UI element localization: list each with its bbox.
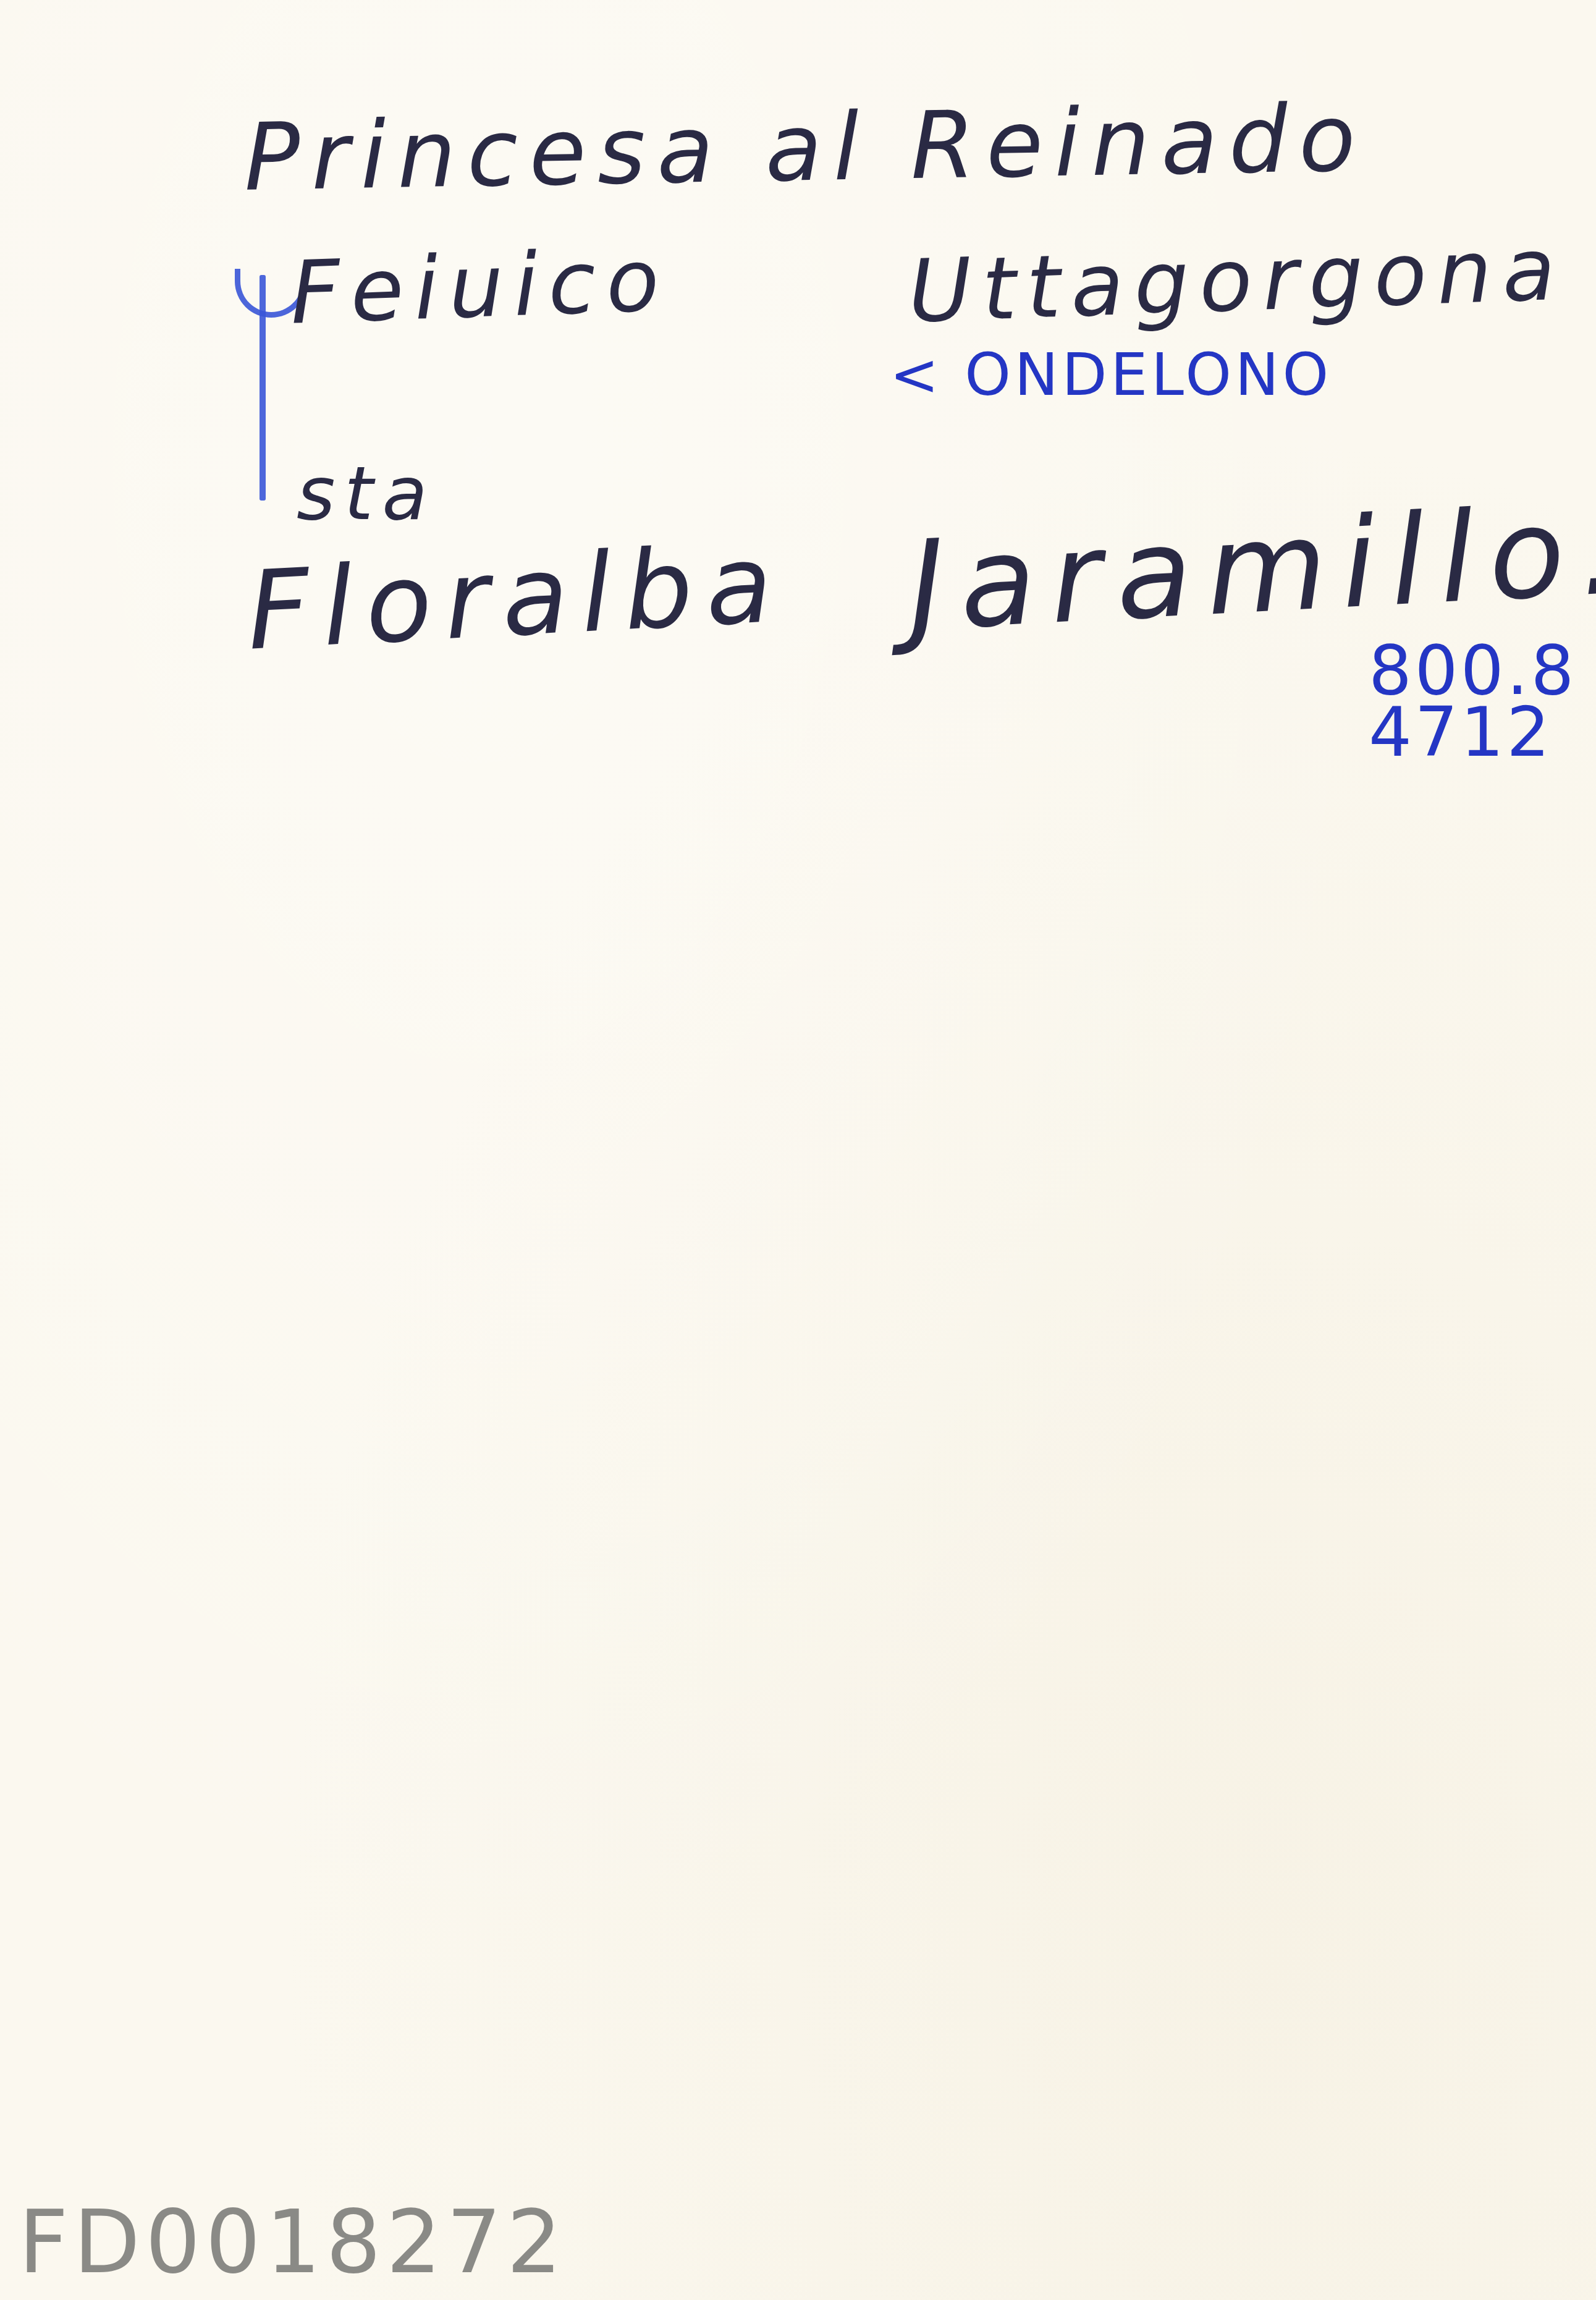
handwritten-name-first: Floralba: [245, 530, 787, 666]
handwritten-line-4: sta: [297, 457, 436, 531]
handwritten-blue-annotation: < ONDELONO: [890, 346, 1332, 405]
blue-pen-stroke: [260, 275, 266, 501]
blue-reference-number-2: 4712: [1369, 698, 1553, 766]
handwritten-title-line: Princesa al Reinado: [243, 92, 1367, 205]
handwritten-line-2-left: Feiuico: [289, 237, 671, 337]
handwritten-line-2-right: Uttagorgona: [907, 226, 1567, 336]
pencil-catalog-number: FD0018272: [19, 2200, 567, 2286]
photo-back-paper: [0, 0, 1596, 2300]
handwritten-name-last: Jaramillo.: [906, 488, 1596, 649]
